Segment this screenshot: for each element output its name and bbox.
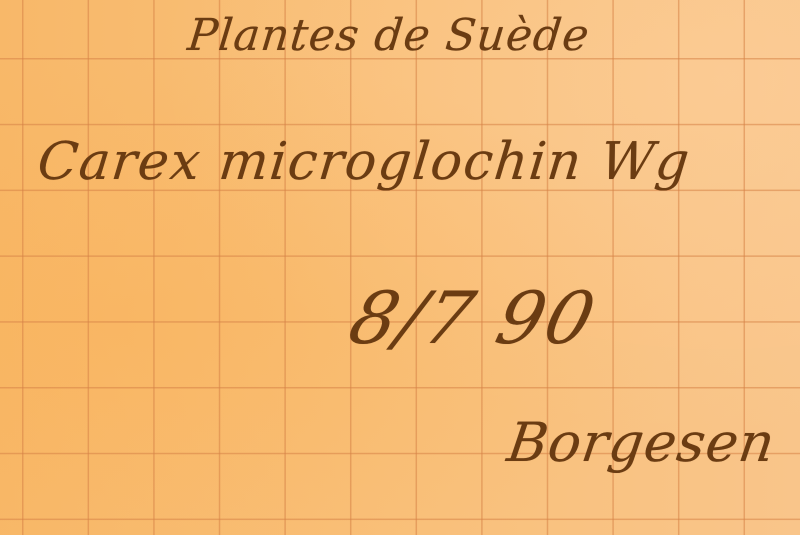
herbarium-label: Plantes de Suède Carex microglochin Wg 8… bbox=[0, 0, 800, 535]
collector-signature: Borgesen bbox=[504, 416, 779, 470]
collection-date: 8/7 90 bbox=[343, 282, 603, 354]
label-title: Plantes de Suède bbox=[186, 14, 592, 58]
species-name: Carex microglochin Wg bbox=[35, 136, 693, 188]
